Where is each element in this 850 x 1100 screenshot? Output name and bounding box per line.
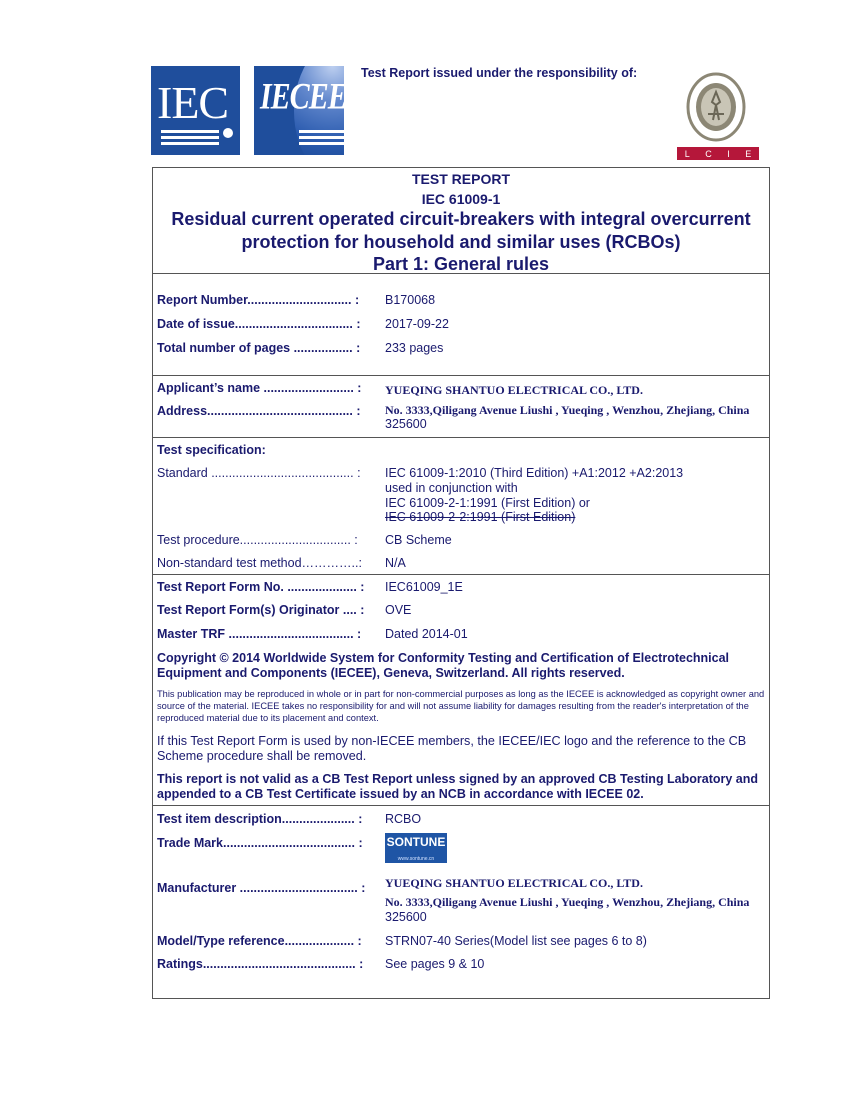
test-spec-heading: Test specification: <box>157 443 266 457</box>
pages-label: Total number of pages ................. … <box>157 341 360 355</box>
applicant-label: Applicant’s name .......................… <box>157 381 361 395</box>
standard-label: Standard ...............................… <box>157 466 361 480</box>
manufacturer-name: YUEQING SHANTUO ELECTRICAL CO., LTD. <box>385 876 643 891</box>
nonstandard-label: Non-standard test method…………..: <box>157 556 362 570</box>
ratings: See pages 9 & 10 <box>385 957 484 972</box>
date-of-issue: 2017-09-22 <box>385 317 449 332</box>
master-trf-label: Master TRF .............................… <box>157 627 361 641</box>
applicant-postcode: 325600 <box>385 417 427 432</box>
title-line-3: Part 1: General rules <box>152 254 770 275</box>
iecee-logo: IECEE <box>254 66 344 155</box>
validity-note: This report is not valid as a CB Test Re… <box>157 772 767 802</box>
publication-note: This publication may be reproduced in wh… <box>157 688 767 724</box>
date-label: Date of issue...........................… <box>157 317 361 331</box>
bureau-veritas-seal-icon <box>686 72 746 142</box>
trf-no-label: Test Report Form No. ...................… <box>157 580 364 594</box>
iec-logo: IEC <box>151 66 240 155</box>
trademark-label: Trade Mark..............................… <box>157 836 363 850</box>
procedure-label: Test procedure..........................… <box>157 533 358 547</box>
total-pages: 233 pages <box>385 341 443 356</box>
address-label: Address.................................… <box>157 404 361 418</box>
title-line-1: Residual current operated circuit-breake… <box>152 209 770 230</box>
standard-line-1: IEC 61009-1:2010 (Third Edition) +A1:201… <box>385 466 683 481</box>
manufacturer-postcode: 325600 <box>385 910 427 925</box>
manufacturer-label: Manufacturer ...........................… <box>157 881 365 895</box>
applicant-address: No. 3333,Qiligang Avenue Liushi , Yueqin… <box>385 403 749 418</box>
applicant-name: YUEQING SHANTUO ELECTRICAL CO., LTD. <box>385 383 643 398</box>
non-member-note: If this Test Report Form is used by non-… <box>157 734 767 764</box>
standard-id: IEC 61009-1 <box>152 191 770 207</box>
test-procedure: CB Scheme <box>385 533 452 548</box>
originator-label: Test Report Form(s) Originator .... : <box>157 603 364 617</box>
standard-line-4-struck: IEC 61009-2-2:1991 (First Edition) <box>385 510 575 525</box>
lcie-logo: LC IE <box>677 147 759 160</box>
item-description-label: Test item description...................… <box>157 812 362 826</box>
nonstandard-method: N/A <box>385 556 406 571</box>
standard-line-2: used in conjunction with <box>385 481 518 496</box>
trf-no: IEC61009_1E <box>385 580 463 595</box>
sontune-trademark-logo: SONTUNE www.sontune.cn <box>385 833 447 863</box>
master-trf: Dated 2014-01 <box>385 627 468 642</box>
responsibility-text: Test Report issued under the responsibil… <box>361 66 637 80</box>
ratings-label: Ratings.................................… <box>157 957 363 971</box>
report-number-label: Report Number...........................… <box>157 293 359 307</box>
item-description: RCBO <box>385 812 421 827</box>
report-number: B170068 <box>385 293 435 308</box>
standard-line-3: IEC 61009-2-1:1991 (First Edition) or <box>385 496 590 511</box>
title-line-2: protection for household and similar use… <box>152 232 770 253</box>
model-reference: STRN07-40 Series(Model list see pages 6 … <box>385 934 647 949</box>
copyright-text: Copyright © 2014 Worldwide System for Co… <box>157 651 767 681</box>
doc-type: TEST REPORT <box>152 171 770 187</box>
originator: OVE <box>385 603 411 618</box>
manufacturer-address: No. 3333,Qiligang Avenue Liushi , Yueqin… <box>385 895 749 910</box>
model-label: Model/Type reference....................… <box>157 934 362 948</box>
